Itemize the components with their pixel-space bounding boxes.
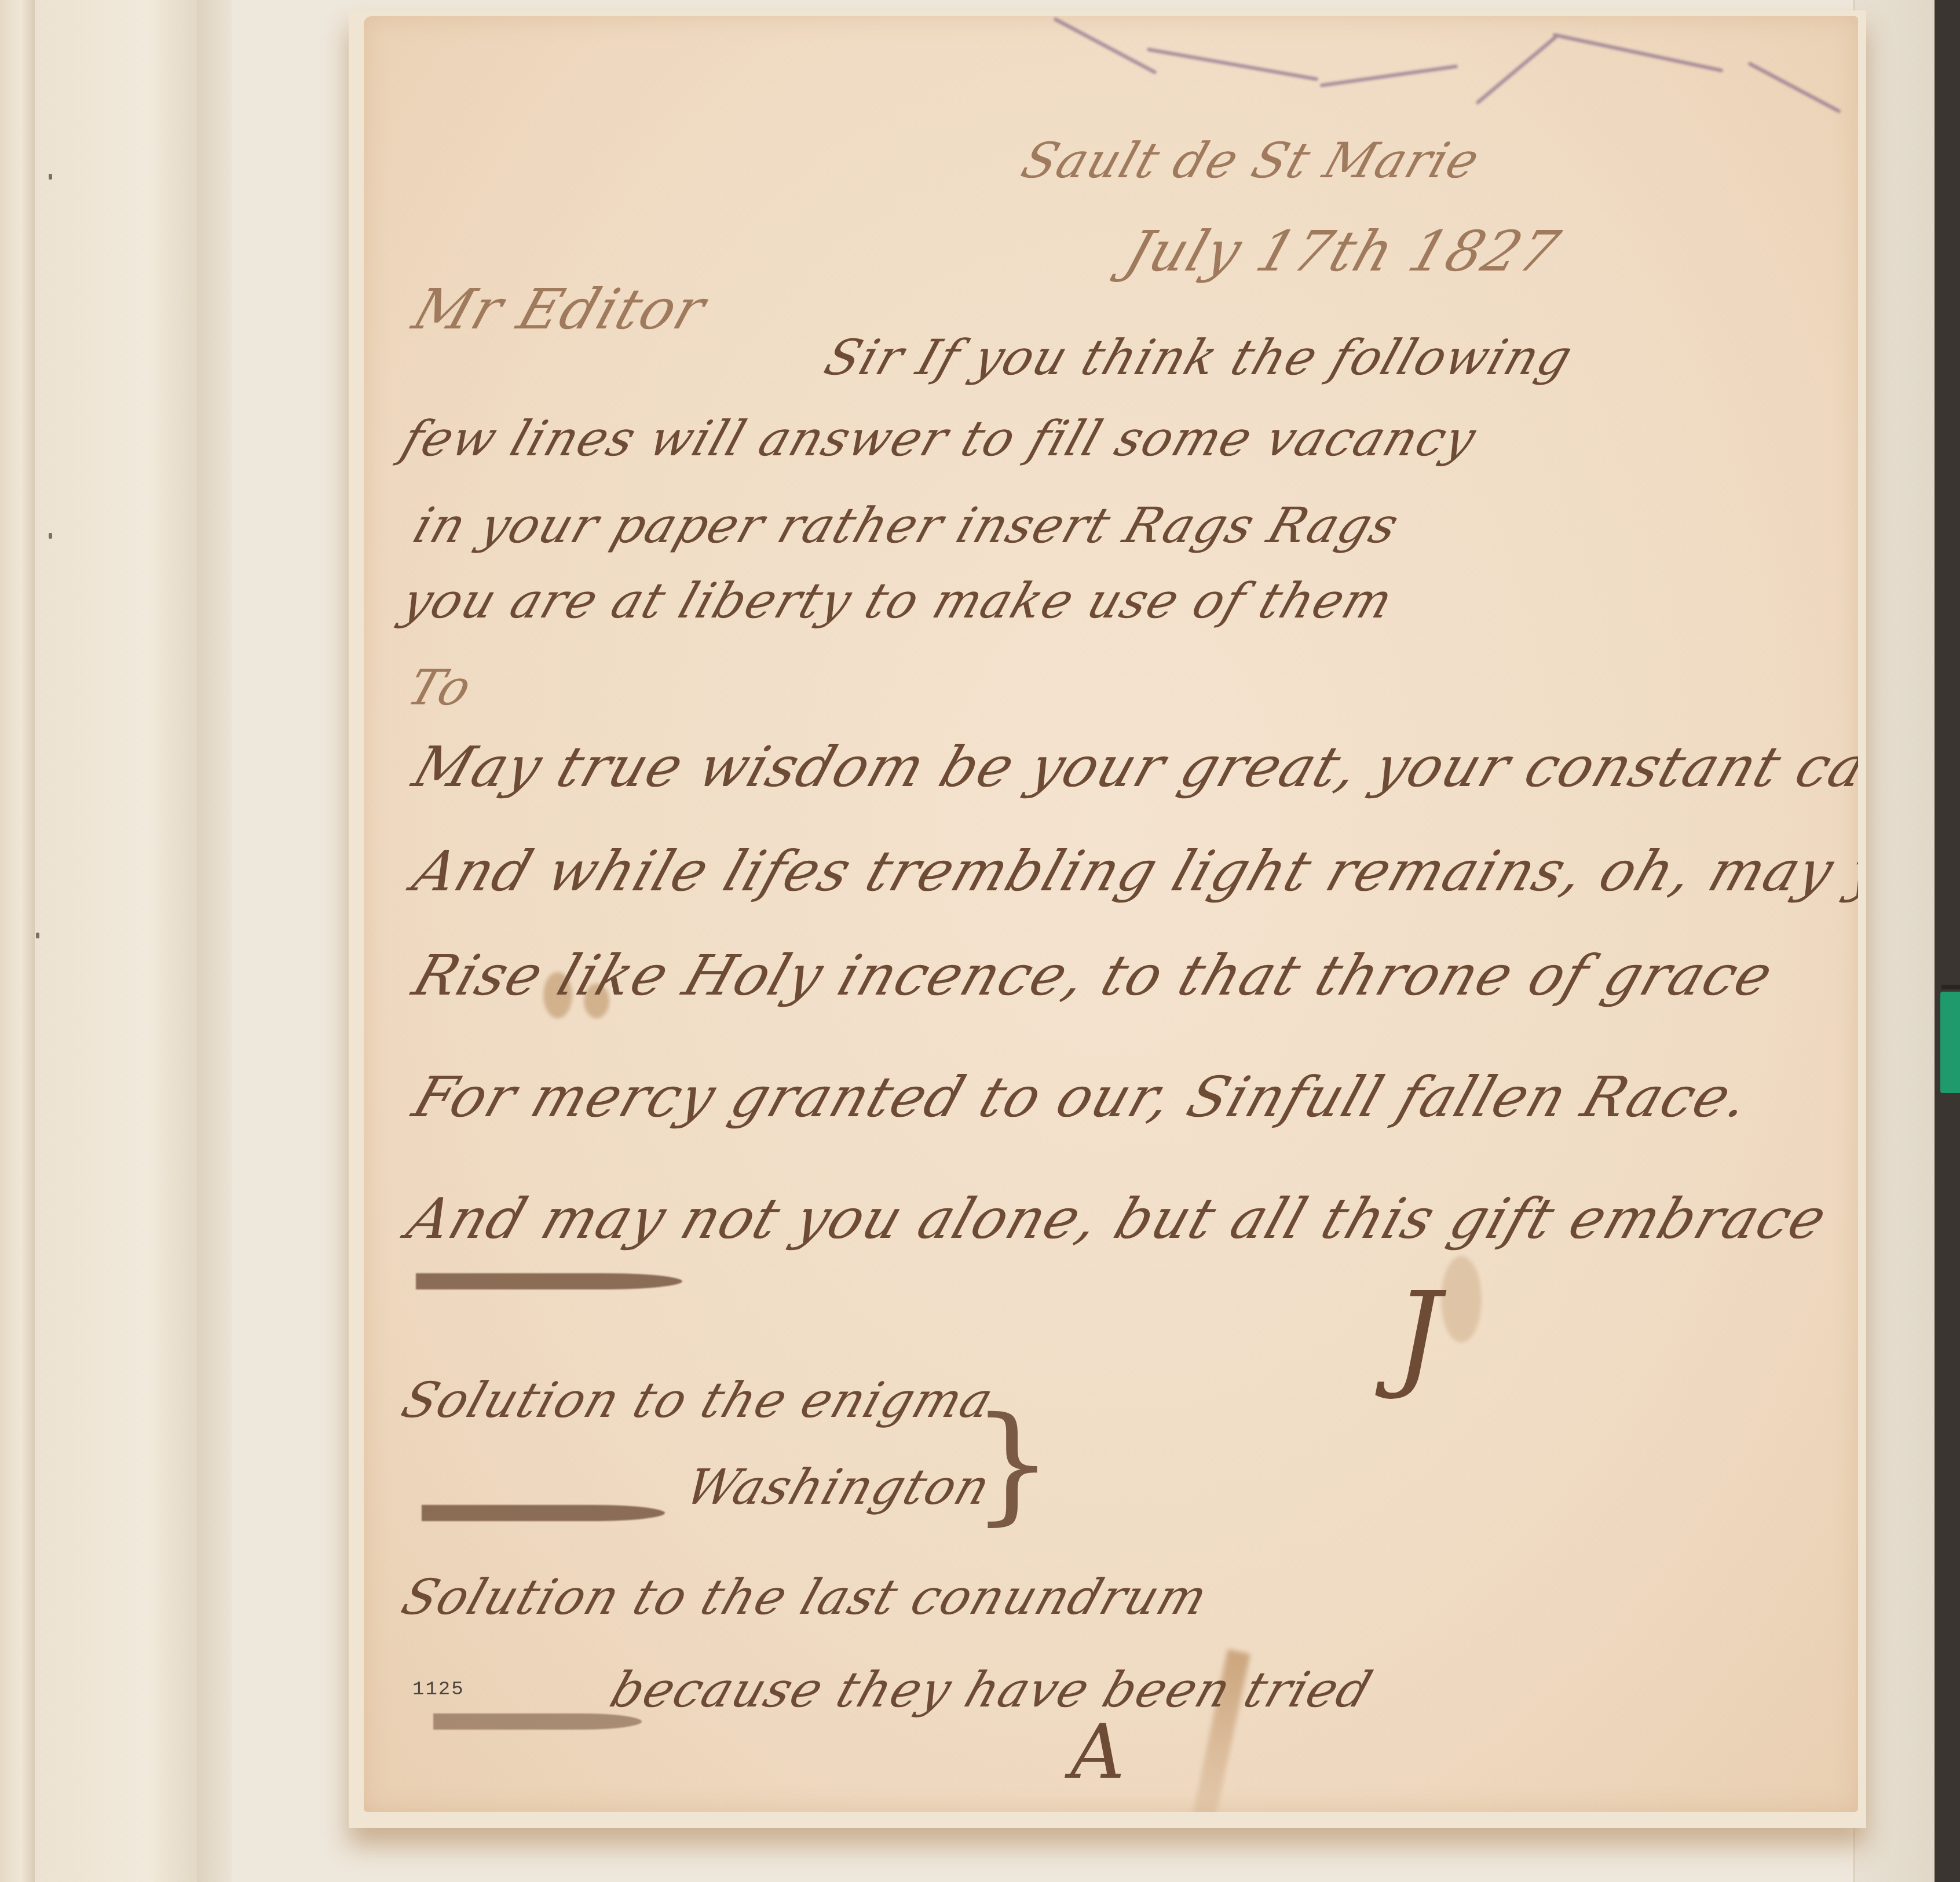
green-index-tab[interactable] (1940, 992, 1960, 1093)
binding-mark (36, 933, 39, 938)
conundrum-label: Solution to the last conundrum (395, 1569, 1215, 1625)
tab-divider (1941, 985, 1960, 989)
ink-flourish (416, 1273, 682, 1289)
poem-signature: J (1395, 1267, 1441, 1402)
poem-line: And may not you alone, but all this gift… (400, 1186, 1835, 1251)
addressee: To (401, 659, 480, 716)
ink-spot (1441, 1256, 1482, 1343)
closing-signature: A (1070, 1708, 1125, 1796)
album-gutter (197, 0, 232, 1882)
ink-flourish (422, 1505, 665, 1521)
intro-line: you are at liberty to make use of them (395, 572, 1400, 629)
intro-line: in your paper rather insert Rags Rags (407, 497, 1407, 554)
water-stain (1475, 35, 1557, 105)
water-stain (1147, 47, 1318, 81)
water-stain (1053, 17, 1157, 74)
catalog-number: 1125 (412, 1679, 465, 1701)
intro-line: Sir If you think the following (818, 329, 1580, 386)
conundrum-answer: because they have been tried (604, 1661, 1380, 1718)
water-stain (1320, 64, 1458, 87)
ink-flourish (433, 1713, 642, 1730)
letter-sheet: Sault de St Marie July 17th 1827 Mr Edit… (364, 16, 1858, 1812)
album-leaf-left (35, 0, 197, 1882)
binding-mark (49, 174, 52, 180)
poem-line: Rise like Holy incence, to that throne o… (405, 943, 1782, 1008)
letter-date: July 17th 1827 (1118, 219, 1568, 284)
enigma-label: Solution to the enigma (395, 1372, 1001, 1428)
poem-line: May true wisdom be your great, your cons… (405, 734, 1858, 799)
binding-mark (49, 533, 52, 539)
poem-line: And while lifes trembling light remains,… (405, 839, 1858, 904)
album-page-stack-left (0, 0, 36, 1882)
water-stain (1747, 61, 1841, 114)
salutation: Mr Editor (405, 277, 715, 342)
book-cover-edge (1935, 0, 1960, 1882)
enigma-answer: Washington (679, 1459, 998, 1515)
letter-place: Sault de St Marie (1015, 132, 1487, 189)
water-stain (1553, 33, 1724, 72)
poem-line: For mercy granted to our, Sinfull fallen… (405, 1065, 1759, 1130)
intro-line: few lines will answer to fill some vacan… (395, 410, 1484, 467)
